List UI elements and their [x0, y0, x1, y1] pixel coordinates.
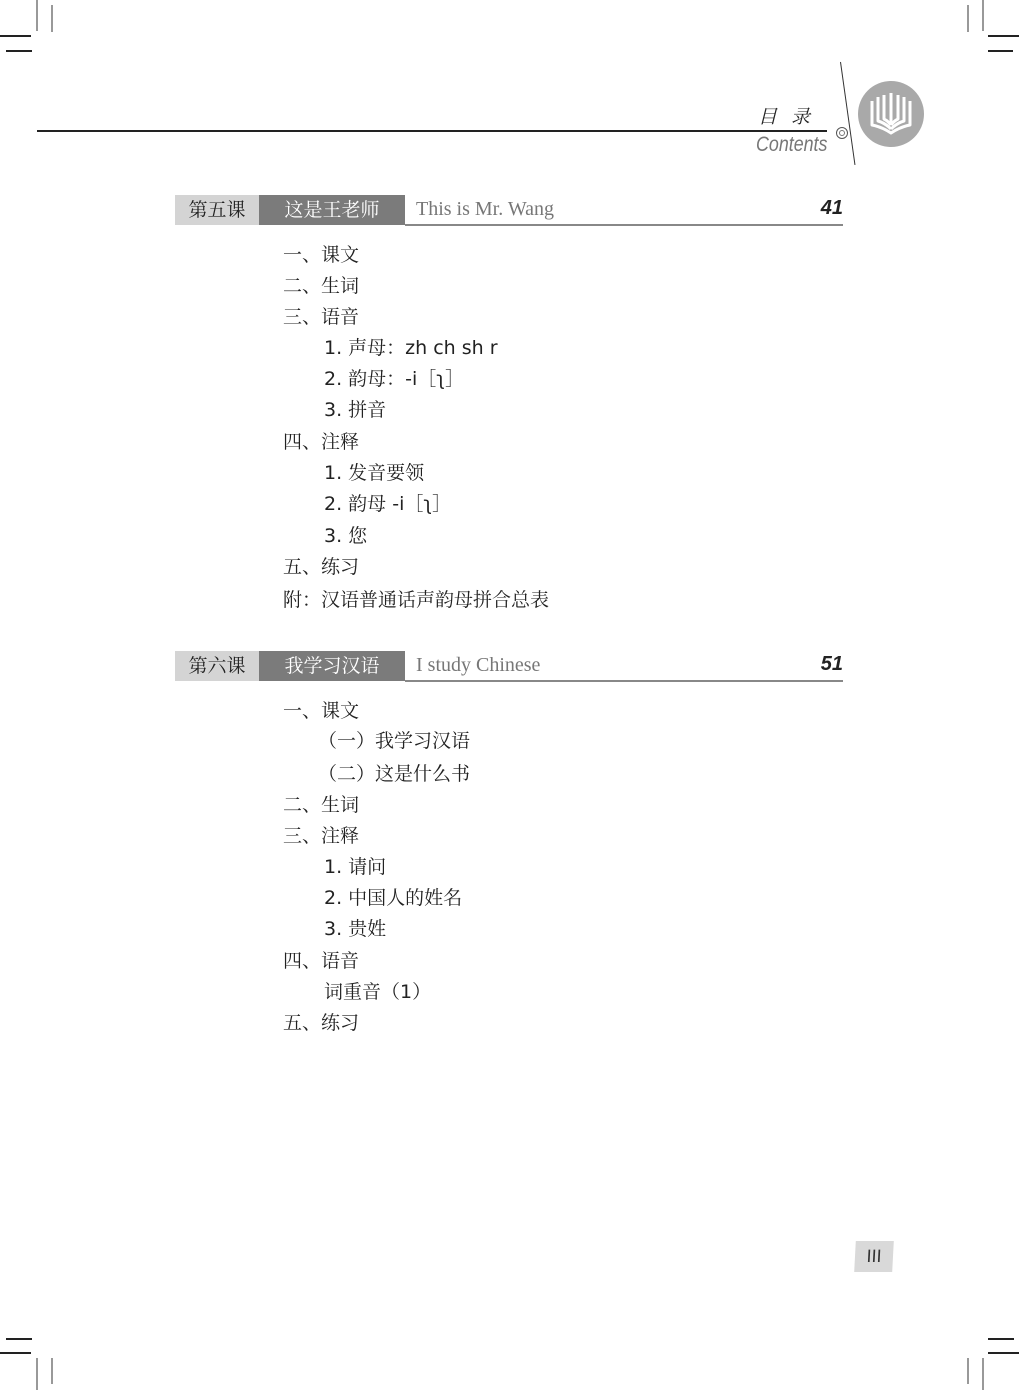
crop-mark	[982, 1358, 984, 1390]
lesson-number: 第六课	[175, 651, 259, 681]
crop-mark	[0, 35, 31, 37]
crop-mark	[982, 0, 984, 31]
crop-mark	[988, 1352, 1019, 1354]
crop-mark	[36, 1358, 38, 1390]
lesson-title-en: I study Chinese	[416, 654, 540, 677]
toc-item[interactable]: 附：汉语普通话声韵母拼合总表	[283, 588, 549, 612]
toc-item[interactable]: 三、注释	[283, 824, 359, 848]
toc-subitem[interactable]: （一）我学习汉语	[318, 729, 470, 753]
crop-mark	[988, 1338, 1014, 1340]
toc-subitem[interactable]: 2. 中国人的姓名	[324, 886, 462, 910]
header-divider	[840, 62, 855, 165]
crop-mark	[988, 50, 1013, 52]
crop-mark	[967, 1358, 969, 1384]
toc-item[interactable]: 三、语音	[283, 305, 359, 329]
lesson-title-zh: 这是王老师	[259, 195, 405, 225]
lesson-rule	[405, 680, 843, 682]
page-title: 目录	[758, 102, 824, 129]
toc-subitem[interactable]: 3. 您	[324, 524, 367, 548]
toc-item[interactable]: 一、课文	[283, 699, 359, 723]
page-number: III	[854, 1241, 894, 1272]
toc-item[interactable]: 四、语音	[283, 949, 359, 973]
toc-item[interactable]: 五、练习	[283, 555, 359, 579]
toc-subitem[interactable]: 1. 发音要领	[324, 461, 424, 485]
crop-mark	[0, 1352, 31, 1354]
crop-mark	[6, 1338, 32, 1340]
lesson-page: 41	[821, 197, 843, 220]
crop-mark	[51, 5, 53, 32]
lesson-6-header[interactable]: 第六课 我学习汉语 I study Chinese 51	[175, 651, 843, 683]
header-rule	[37, 130, 827, 132]
crop-mark	[988, 35, 1019, 37]
crop-mark	[51, 1358, 53, 1384]
toc-subitem[interactable]: 2. 韵母 -i［ʅ］	[324, 492, 451, 516]
lesson-page: 51	[821, 653, 843, 676]
lesson-number: 第五课	[175, 195, 259, 225]
toc-subitem[interactable]: （二）这是什么书	[318, 762, 470, 786]
toc-item[interactable]: 一、课文	[283, 243, 359, 267]
toc-subitem[interactable]: 2. 韵母：-i［ʅ］	[324, 367, 464, 391]
open-book-icon	[858, 81, 924, 147]
toc-subitem[interactable]: 3. 拼音	[324, 398, 386, 422]
page-subtitle: Contents	[756, 133, 827, 157]
toc-item[interactable]: 五、练习	[283, 1011, 359, 1035]
lesson-title-en: This is Mr. Wang	[416, 198, 554, 221]
crop-mark	[6, 50, 32, 52]
lesson-title-zh: 我学习汉语	[259, 651, 405, 681]
toc-subitem[interactable]: 3. 贵姓	[324, 917, 386, 941]
crop-mark	[967, 5, 969, 32]
toc-item[interactable]: 二、生词	[283, 793, 359, 817]
lesson-rule	[405, 224, 843, 226]
toc-subitem[interactable]: 词重音（1）	[324, 980, 431, 1004]
lesson-5-header[interactable]: 第五课 这是王老师 This is Mr. Wang 41	[175, 195, 843, 227]
toc-item[interactable]: 四、注释	[283, 430, 359, 454]
ring-ornament-icon	[836, 127, 848, 139]
toc-subitem[interactable]: 1. 声母：zh ch sh r	[324, 336, 498, 360]
toc-subitem[interactable]: 1. 请问	[324, 855, 386, 879]
toc-item[interactable]: 二、生词	[283, 274, 359, 298]
crop-mark	[36, 0, 38, 31]
